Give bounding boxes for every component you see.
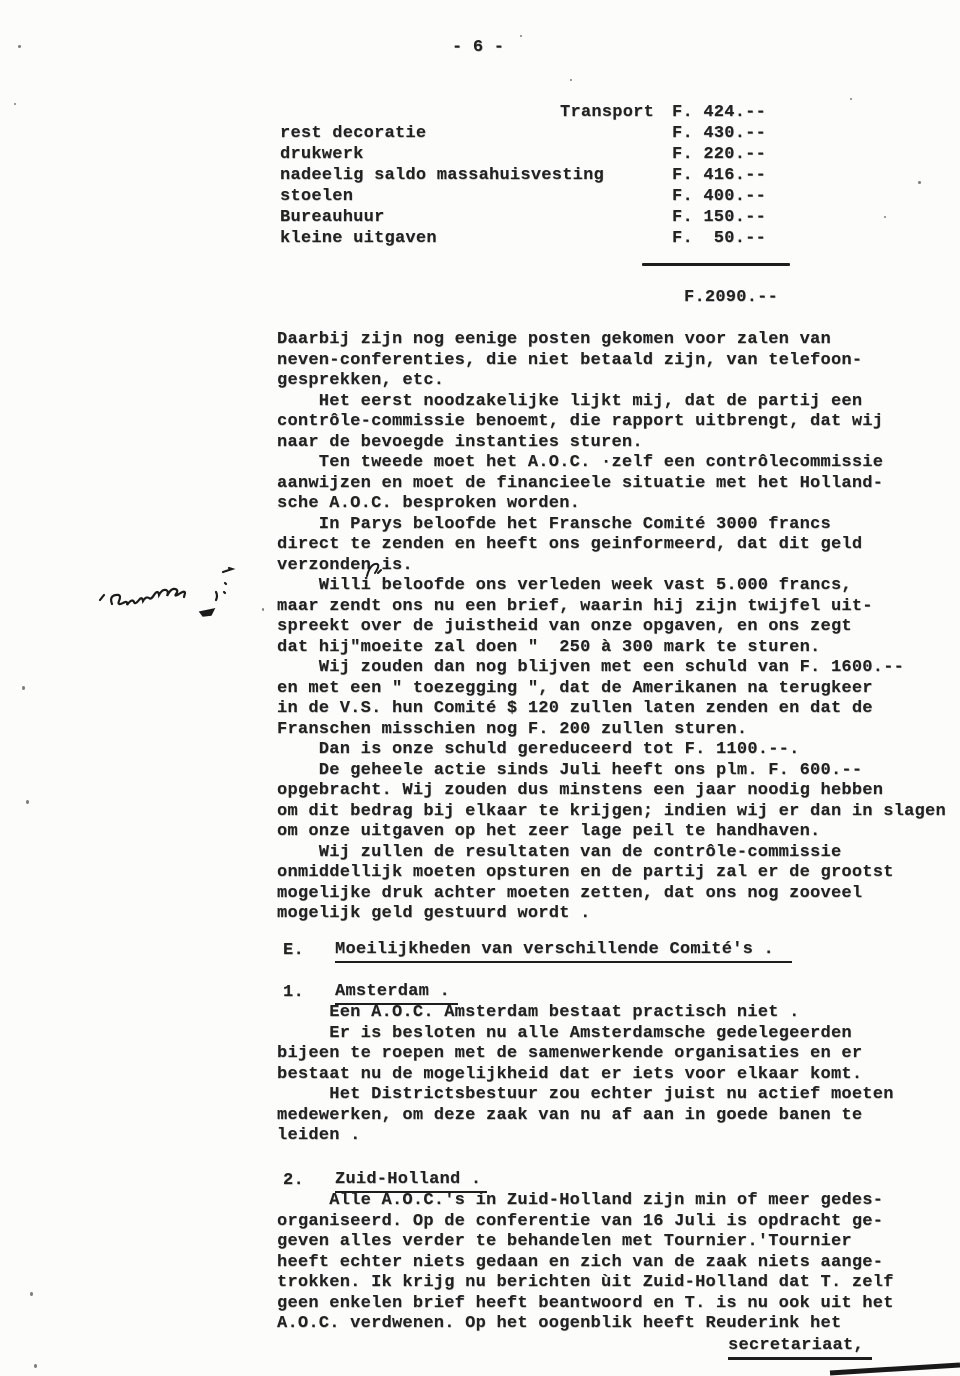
text-line: spreekt over de juistheid van onze opgav… [277,617,946,638]
text-line: bijeen te roepen met de samenwerkende or… [277,1044,894,1065]
ledger-label: kleine uitgaven [280,228,437,249]
text-line: Er is besloten nu alle Amsterdamsche ged… [277,1024,894,1045]
text-line: mogelijke druk achter moeten zetten, dat… [277,884,946,905]
scan-speck [26,800,29,804]
ledger-amount: F. 430.-- [672,123,766,144]
ledger-amount: F. 150.-- [672,207,766,228]
table-row: rest decoratie F. 430.-- [0,123,960,144]
text-line: Een A.O.C. Amsterdam bestaat practisch n… [277,1003,894,1024]
text-line: naar de bevoegde instanties sturen. [277,433,946,454]
table-row: stoelen F. 400.-- [0,186,960,207]
table-row: Transport F. 424.-- [0,102,960,123]
scan-speck [262,608,264,611]
scan-speck [14,103,16,105]
table-row: nadeelig saldo massahuisvesting F. 416.-… [0,165,960,186]
text-line: A.O.C. verdwenen. Op het oogenblik heeft… [277,1314,894,1335]
text-line: maar zendt ons nu een brief, waarin hij … [277,597,946,618]
handwritten-margin-note [88,556,248,628]
ledger-label: Transport [560,102,654,123]
ledger-amount: F. 220.-- [672,144,766,165]
text-line: Dan is onze schuld gereduceerd tot F. 11… [277,740,946,761]
text-line: dat hij"moeite zal doen " 250 à 300 mark… [277,638,946,659]
text-line: Het eerst noodzakelijke lijkt mij, dat d… [277,392,946,413]
text-line: sche A.O.C. besproken worden. [277,494,946,515]
text-line: en met een " toezegging ", dat de Amerik… [277,679,946,700]
section-item-title: Amsterdam . [335,981,458,1005]
page-number: - 6 - [452,38,504,57]
text-line: bestaat nu de mogelijkheid dat er iets v… [277,1065,894,1086]
ledger-amount: F. 424.-- [672,102,766,123]
page-edge-line [818,1356,960,1376]
ledger-amount: F. 50.-- [672,228,766,249]
section-item-number: 2. [283,1171,304,1190]
section-heading-letter: E. [283,941,304,960]
text-line: medewerken, om deze zaak van nu af aan i… [277,1106,894,1127]
text-line: neven-conferenties, die niet betaald zij… [277,351,946,372]
section-item-body: Een A.O.C. Amsterdam bestaat practisch n… [277,1003,894,1147]
text-line: mogelijk geld gestuurd wordt . [277,904,946,925]
text-line: geen enkelen brief heeft beantwoord en T… [277,1294,894,1315]
text-line: Daarbij zijn nog eenige posten gekomen v… [277,330,946,351]
table-row: kleine uitgaven F. 50.-- [0,228,960,249]
ledger-label: stoelen [280,186,353,207]
body-paragraphs: Daarbij zijn nog eenige posten gekomen v… [277,330,946,925]
section-item-number: 1. [283,983,304,1002]
ledger-label: rest decoratie [280,123,426,144]
text-line: De geheele actie sinds Juli heeft ons pl… [277,761,946,782]
text-line: Wij zullen de resultaten van de contrôle… [277,843,946,864]
scan-speck [22,686,25,690]
scan-speck [918,181,921,184]
ledger-label: nadeelig saldo massahuisvesting [280,165,604,186]
ledger-total: F.2090.-- [684,288,778,307]
text-line: onmiddellijk moeten opsturen en de parti… [277,863,946,884]
text-line: om dit bedrag bij elkaar te krijgen; ind… [277,802,946,823]
scan-speck [850,98,852,100]
scan-speck [570,79,572,81]
text-line: direct te zenden en heeft ons geinformee… [277,535,946,556]
handwritten-superscript-mark-icon [364,560,386,580]
section-item-body: Alle A.O.C.'s in Zuid-Holland zijn min o… [277,1191,894,1335]
scan-speck [34,1364,37,1368]
table-row: Bureauhuur F. 150.-- [0,207,960,228]
total-rule [642,263,790,266]
text-line: leiden . [277,1126,894,1147]
ledger-amount: F. 400.-- [672,186,766,207]
ledger-label: drukwerk [280,144,364,165]
text-line: om onze uitgaven op het zeer lage peil t… [277,822,946,843]
text-line: heeft echter niets gedaan en zich van de… [277,1253,894,1274]
text-line: Ten tweede moet het A.O.C. ·zelf een con… [277,453,946,474]
scan-speck [30,1292,33,1296]
text-line: Alle A.O.C.'s in Zuid-Holland zijn min o… [277,1191,894,1212]
text-line: contrôle-commissie benoemt, die rapport … [277,412,946,433]
ledger-label: Bureauhuur [280,207,385,228]
scan-speck [18,45,21,48]
text-line: organiseerd. Op de conferentie van 16 Ju… [277,1212,894,1233]
section-heading-title: Moeilijkheden van verschillende Comité's… [335,939,792,963]
scan-speck [520,35,522,37]
text-line: In Parys beloofde het Fransche Comité 30… [277,515,946,536]
text-line: Wij zouden dan nog blijven met een schul… [277,658,946,679]
text-line: Franschen misschien nog F. 200 zullen st… [277,720,946,741]
text-line: trokken. Ik krijg nu berichten ùit Zuid-… [277,1273,894,1294]
text-line: in de V.S. hun Comité $ 120 zullen laten… [277,699,946,720]
section-item-title: Zuid-Holland . [335,1169,487,1193]
scan-speck [884,216,886,218]
text-line: opgebracht. Wij zouden dus minstens een … [277,781,946,802]
text-line: aanwijzen en moet de financieele situati… [277,474,946,495]
table-row: drukwerk F. 220.-- [0,144,960,165]
text-line: gesprekken, etc. [277,371,946,392]
text-line: Het Districtsbestuur zou echter juist nu… [277,1085,894,1106]
ledger-amount: F. 416.-- [672,165,766,186]
scanned-document-page: - 6 - Transport F. 424.-- rest decoratie… [0,0,960,1376]
text-line: geven alles verder te behandelen met Tou… [277,1232,894,1253]
